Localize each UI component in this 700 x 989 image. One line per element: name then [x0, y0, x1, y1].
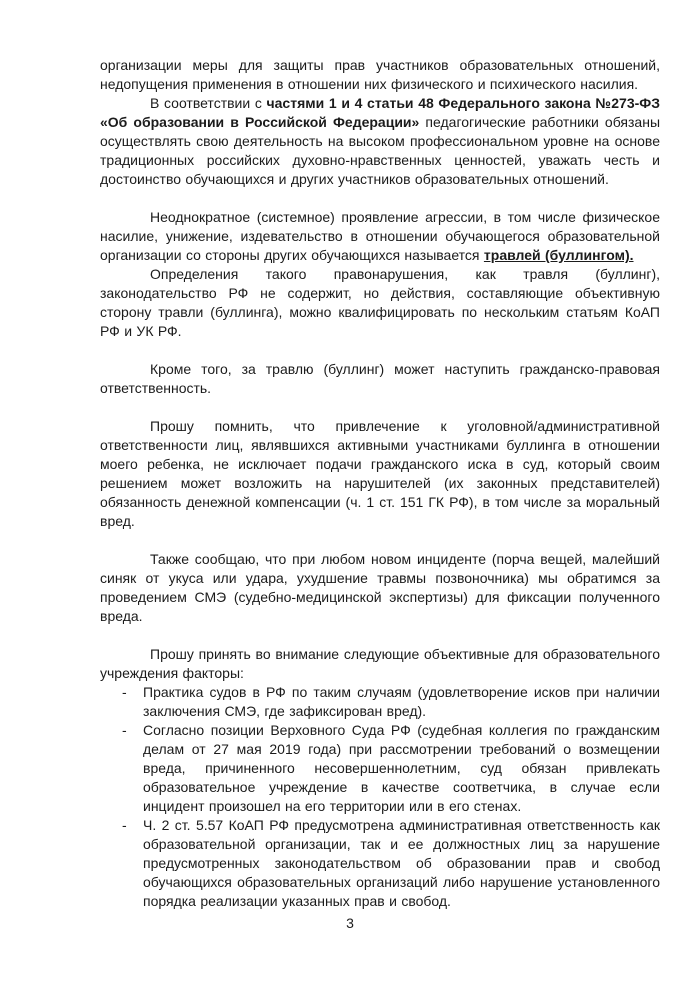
document-page: организации меры для защиты прав участни…: [0, 0, 700, 989]
text-run: травлей (буллингом).: [484, 247, 634, 263]
text-run: Практика судов в РФ по таким случаям (уд…: [143, 684, 660, 719]
paragraph: Прошу принять во внимание следующие объе…: [100, 645, 660, 683]
text-run: Прошу принять во внимание следующие объе…: [100, 646, 660, 681]
list-bullet-dash: -: [122, 721, 127, 740]
text-run: Ч. 2 ст. 5.57 КоАП РФ предусмотрена адми…: [143, 817, 660, 909]
paragraph: организации меры для защиты прав участни…: [100, 56, 660, 94]
paragraph-spacer: [100, 189, 660, 208]
text-run: Определения такого правонарушения, как т…: [100, 266, 660, 339]
text-run: Кроме того, за травлю (буллинг) может на…: [100, 361, 660, 396]
paragraph-spacer: [100, 341, 660, 360]
list-item: -Ч. 2 ст. 5.57 КоАП РФ предусмотрена адм…: [100, 816, 660, 911]
paragraph: В соответствии с частями 1 и 4 статьи 48…: [100, 94, 660, 189]
paragraph: Определения такого правонарушения, как т…: [100, 265, 660, 341]
list-item: -Практика судов в РФ по таким случаям (у…: [100, 683, 660, 721]
paragraph-spacer: [100, 626, 660, 645]
text-run: Прошу помнить, что привлечение к уголовн…: [100, 418, 660, 529]
list-bullet-dash: -: [122, 816, 127, 835]
paragraph-spacer: [100, 398, 660, 417]
paragraph: Неоднократное (системное) проявление агр…: [100, 208, 660, 265]
paragraph-spacer: [100, 531, 660, 550]
page-number: 3: [0, 914, 700, 933]
list-bullet-dash: -: [122, 683, 127, 702]
document-content: организации меры для защиты прав участни…: [100, 56, 660, 911]
text-run: Согласно позиции Верховного Суда РФ (суд…: [143, 722, 660, 814]
text-run: Также сообщаю, что при любом новом инцид…: [100, 551, 660, 624]
list-item: -Согласно позиции Верховного Суда РФ (су…: [100, 721, 660, 816]
paragraph: Также сообщаю, что при любом новом инцид…: [100, 550, 660, 626]
paragraph: Кроме того, за травлю (буллинг) может на…: [100, 360, 660, 398]
paragraph: Прошу помнить, что привлечение к уголовн…: [100, 417, 660, 531]
text-run: организации меры для защиты прав участни…: [100, 57, 660, 92]
text-run: В соответствии с: [150, 95, 267, 111]
